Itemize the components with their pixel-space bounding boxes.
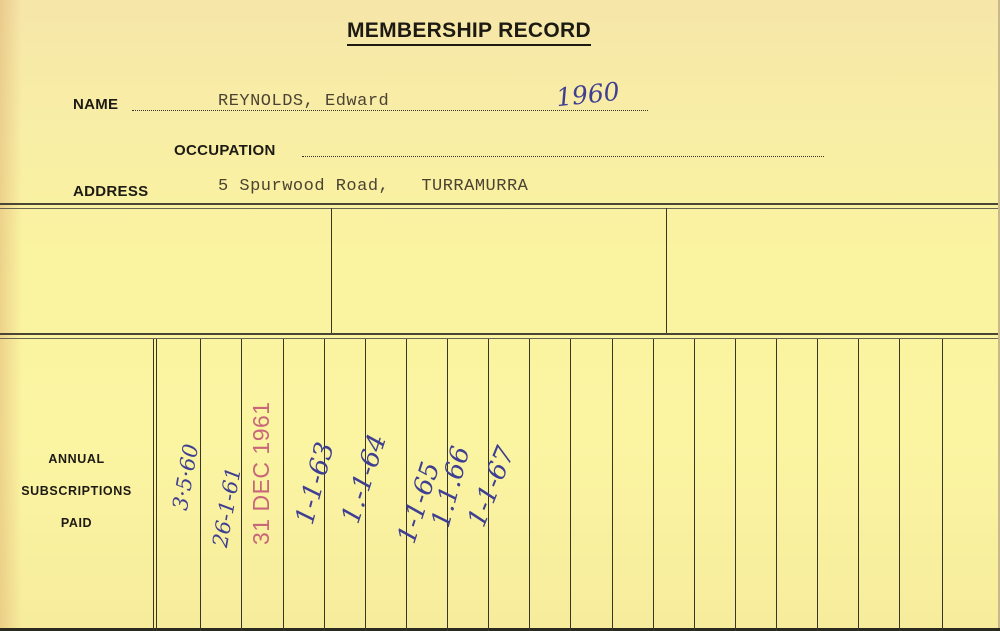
grid-line — [612, 339, 613, 631]
year-handwritten: 1960 — [555, 77, 621, 112]
grid-line — [406, 339, 407, 631]
grid-line — [283, 339, 284, 631]
name-value: REYNOLDS, Edward — [218, 92, 389, 111]
subscription-stamp: 31 DEC 1961 — [248, 401, 275, 545]
grid-line — [694, 339, 695, 631]
grid-line — [153, 339, 154, 631]
subscriptions-label-paid: PAID — [0, 516, 153, 530]
address-label: ADDRESS — [73, 183, 148, 200]
grid-line — [817, 339, 818, 631]
grid-line — [200, 339, 201, 631]
subscription-entry: 3·5·60 — [168, 442, 203, 512]
grid-line — [899, 339, 900, 631]
card-title: MEMBERSHIP RECORD — [347, 19, 591, 46]
grid-line — [776, 339, 777, 631]
middle-divider-2 — [666, 208, 667, 333]
subscriptions-label-subscriptions: SUBSCRIPTIONS — [0, 484, 153, 498]
grid-line — [942, 339, 943, 631]
grid-line — [570, 339, 571, 631]
subscription-entry: 1-1-63 — [290, 439, 341, 528]
divider-bottom — [0, 333, 998, 339]
subscription-entry: 1.-1-64 — [336, 430, 393, 527]
divider-top — [0, 203, 998, 209]
name-label: NAME — [73, 96, 118, 113]
grid-line — [529, 339, 530, 631]
address-value: 5 Spurwood Road, TURRAMURRA — [218, 177, 528, 196]
middle-divider-1 — [331, 208, 332, 333]
subscriptions-label-annual: ANNUAL — [0, 452, 153, 466]
occupation-dotted-line — [302, 156, 824, 157]
grid-line — [858, 339, 859, 631]
membership-record-card: MEMBERSHIP RECORD NAME REYNOLDS, Edward … — [0, 0, 1000, 628]
grid-line — [653, 339, 654, 631]
grid-line — [735, 339, 736, 631]
occupation-label: OCCUPATION — [174, 142, 276, 159]
grid-line — [156, 339, 157, 631]
